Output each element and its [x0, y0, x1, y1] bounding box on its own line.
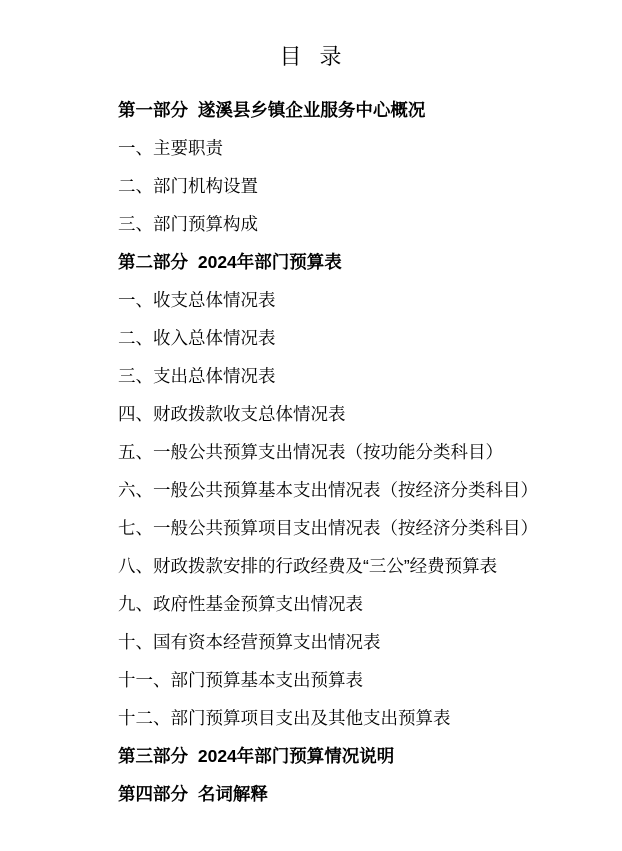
toc-section-heading: 第四部分 名词解释 [118, 776, 582, 814]
toc-section-heading: 第二部分 2024年部门预算表 [118, 244, 582, 282]
table-of-contents: 第一部分 遂溪县乡镇企业服务中心概况一、主要职责二、部门机构设置三、部门预算构成… [118, 92, 582, 814]
toc-section-heading: 第一部分 遂溪县乡镇企业服务中心概况 [118, 92, 582, 130]
toc-item: 四、财政拨款收支总体情况表 [118, 396, 582, 434]
document-page: 目 录 第一部分 遂溪县乡镇企业服务中心概况一、主要职责二、部门机构设置三、部门… [0, 0, 622, 851]
page-title: 目 录 [0, 0, 622, 68]
toc-item: 十二、部门预算项目支出及其他支出预算表 [118, 700, 582, 738]
toc-item: 十、国有资本经营预算支出情况表 [118, 624, 582, 662]
toc-item: 二、收入总体情况表 [118, 320, 582, 358]
toc-item: 一、收支总体情况表 [118, 282, 582, 320]
toc-section-heading: 第三部分 2024年部门预算情况说明 [118, 738, 582, 776]
toc-item: 八、财政拨款安排的行政经费及“三公”经费预算表 [118, 548, 582, 586]
toc-item: 五、一般公共预算支出情况表（按功能分类科目） [118, 434, 582, 472]
toc-item: 一、主要职责 [118, 130, 582, 168]
toc-item: 七、一般公共预算项目支出情况表（按经济分类科目） [118, 510, 582, 548]
toc-item: 六、一般公共预算基本支出情况表（按经济分类科目） [118, 472, 582, 510]
toc-item: 二、部门机构设置 [118, 168, 582, 206]
toc-item: 九、政府性基金预算支出情况表 [118, 586, 582, 624]
toc-item: 十一、部门预算基本支出预算表 [118, 662, 582, 700]
toc-item: 三、部门预算构成 [118, 206, 582, 244]
toc-item: 三、支出总体情况表 [118, 358, 582, 396]
